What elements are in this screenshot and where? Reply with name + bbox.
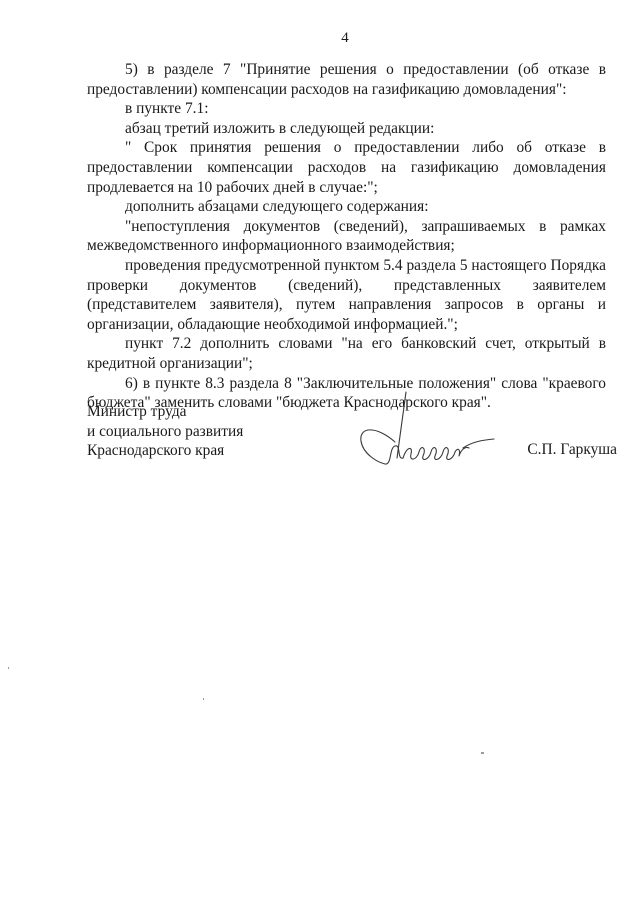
handwritten-signature-icon <box>337 386 497 476</box>
scan-artifact <box>203 698 204 700</box>
paragraph-non-receipt: "непоступления документов (сведений), за… <box>87 217 606 256</box>
signer-title-line: Министр труда <box>87 402 243 422</box>
paragraph-verification: проведения предусмотренной пунктом 5.4 р… <box>87 256 606 334</box>
signer-title-line: Краснодарского края <box>87 441 243 461</box>
document-body: 5) в разделе 7 "Принятие решения о предо… <box>87 60 606 413</box>
paragraph-section-7: 5) в разделе 7 "Принятие решения о предо… <box>87 60 606 99</box>
page-number: 4 <box>0 29 640 47</box>
signer-name: С.П. Гаркуша <box>527 440 617 460</box>
paragraph-supplement: дополнить абзацами следующего содержания… <box>87 197 606 217</box>
paragraph-deadline-quote: " Срок принятия решения о предоставлении… <box>87 138 606 197</box>
paragraph-third-abzac: абзац третий изложить в следующей редакц… <box>87 119 606 139</box>
signer-title-line: и социального развития <box>87 422 243 442</box>
scan-artifact <box>8 667 9 669</box>
signer-title: Министр труда и социального развития Кра… <box>87 402 243 461</box>
signature-block: Министр труда и социального развития Кра… <box>87 402 617 482</box>
paragraph-point-7-1: в пункте 7.1: <box>87 99 606 119</box>
paragraph-point-7-2: пункт 7.2 дополнить словами "на его банк… <box>87 334 606 373</box>
scan-artifact <box>481 752 484 754</box>
